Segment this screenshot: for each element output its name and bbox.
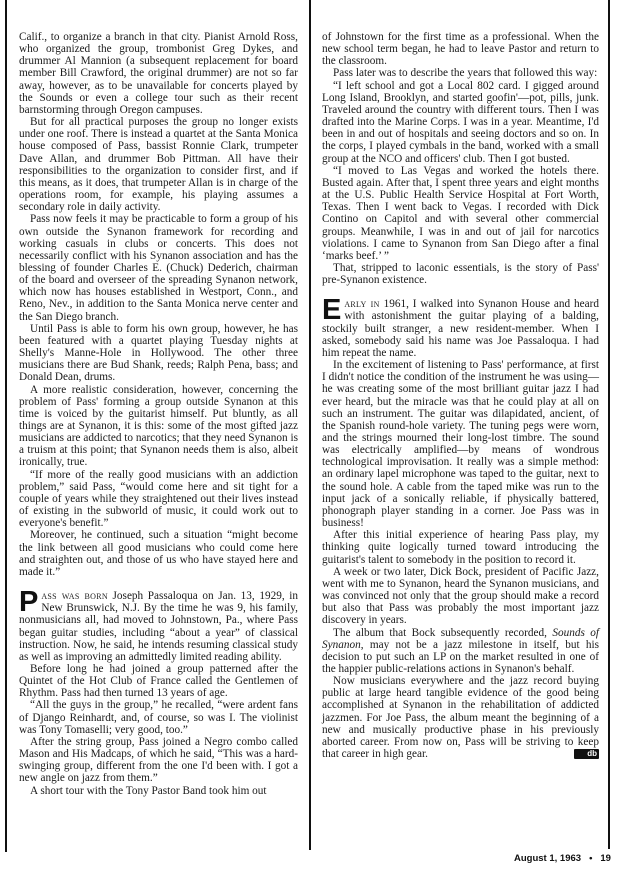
paragraph: A more realistic consideration, however,… bbox=[19, 384, 298, 469]
paragraph: Calif., to organize a branch in that cit… bbox=[19, 31, 298, 116]
paragraph: Now musicians everywhere and the jazz re… bbox=[322, 675, 599, 760]
paragraph: After this initial experience of hearing… bbox=[322, 529, 599, 565]
drop-cap: E bbox=[322, 299, 341, 322]
page-footer: August 1, 1963•19 bbox=[514, 853, 611, 864]
paragraph: “All the guys in the group,” he recalled… bbox=[19, 699, 298, 735]
paragraph: That, stripped to laconic essentials, is… bbox=[322, 262, 599, 286]
paragraph: “I moved to Las Vegas and worked the hot… bbox=[322, 165, 599, 262]
left-border-rule bbox=[5, 0, 7, 852]
issue-date: August 1, 1963 bbox=[514, 853, 581, 864]
section-lead-paragraph: Early in 1961, I walked into Synanon Hou… bbox=[322, 298, 599, 359]
lead-in-smallcaps: arly in bbox=[344, 298, 379, 310]
right-column: of Johnstown for the first time as a pro… bbox=[322, 31, 599, 760]
text: , may not be a jazz milestone in itself,… bbox=[322, 639, 599, 675]
bullet-separator: • bbox=[589, 853, 592, 864]
paragraph: After the string group, Pass joined a Ne… bbox=[19, 736, 298, 785]
paragraph: But for all practical purposes the group… bbox=[19, 116, 298, 213]
drop-cap: P bbox=[19, 591, 38, 614]
right-border-rule bbox=[608, 0, 610, 849]
paragraph: Before long he had joined a group patter… bbox=[19, 663, 298, 699]
paragraph: A week or two later, Dick Bock, presiden… bbox=[322, 566, 599, 627]
lead-in-smallcaps: ass was born bbox=[41, 590, 108, 602]
paragraph: Until Pass is able to form his own group… bbox=[19, 323, 298, 384]
text: The album that Bock subsequently recorde… bbox=[333, 627, 552, 639]
paragraph: “I left school and got a Local 802 card.… bbox=[322, 80, 599, 165]
paragraph: Pass now feels it may be practicable to … bbox=[19, 213, 298, 322]
paragraph: Moreover, he continued, such a situation… bbox=[19, 529, 298, 578]
db-end-mark-icon: db bbox=[574, 749, 599, 759]
paragraph: In the excitement of listening to Pass' … bbox=[322, 359, 599, 529]
text: Now musicians everywhere and the jazz re… bbox=[322, 675, 599, 760]
paragraph: Pass later was to describe the years tha… bbox=[322, 67, 599, 79]
section-lead-paragraph: Pass was born Joseph Passaloqua on Jan. … bbox=[19, 590, 298, 663]
paragraph: “If more of the really good musicians wi… bbox=[19, 469, 298, 530]
column-divider-rule bbox=[309, 0, 311, 850]
left-column: Calif., to organize a branch in that cit… bbox=[19, 31, 298, 797]
paragraph: A short tour with the Tony Pastor Band t… bbox=[19, 785, 298, 797]
paragraph: of Johnstown for the first time as a pro… bbox=[322, 31, 599, 67]
paragraph: The album that Bock subsequently recorde… bbox=[322, 627, 599, 676]
page-number: 19 bbox=[600, 853, 611, 864]
